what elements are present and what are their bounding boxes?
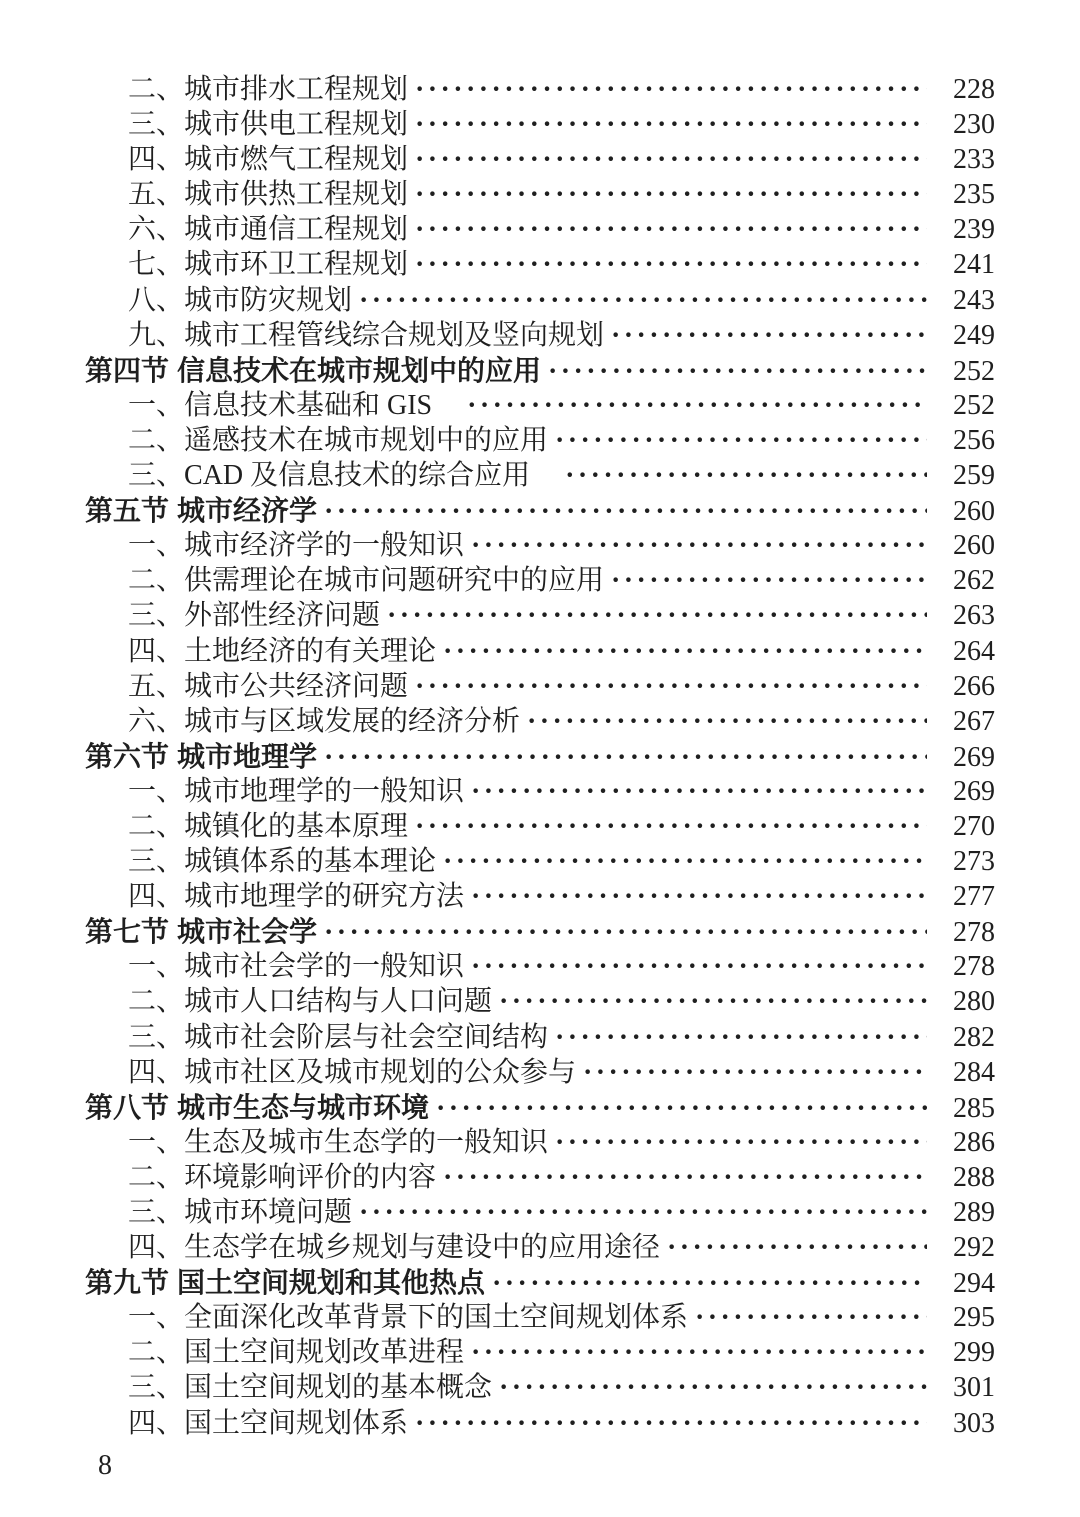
toc-entry-label: 六、	[128, 704, 184, 739]
toc-row: 第四节 信息技术在城市规划中的应用 ······················…	[85, 353, 995, 388]
toc-row: 三、 城市社会阶层与社会空间结构 ·······················…	[85, 1020, 995, 1055]
toc-entry-page: 282	[927, 1020, 995, 1055]
toc-row: 第六节 城市地理学 ······························…	[85, 739, 995, 774]
toc-row: 四、 生态学在城乡规划与建设中的应用途径 ···················…	[85, 1230, 995, 1265]
toc-entry-page: 270	[927, 809, 995, 844]
toc-row: 四、 城市燃气工程规划 ····························…	[85, 142, 995, 177]
dot-leader: ········································…	[436, 634, 927, 669]
book-toc-page: 二、 城市排水工程规划 ····························…	[0, 0, 1080, 1517]
toc-row: 六、 城市与区域发展的经济分析 ························…	[85, 704, 995, 739]
toc-entry-title: 环境影响评价的内容	[184, 1160, 436, 1195]
dot-leader: ········································…	[492, 1370, 927, 1405]
toc-entry-title: 城市公共经济问题	[184, 669, 408, 704]
toc-entry-title: 生态学在城乡规划与建设中的应用途径	[184, 1230, 660, 1265]
dot-leader: ········································…	[408, 1406, 927, 1441]
toc-row: 三、 CAD 及信息技术的综合应用 ······················…	[85, 458, 995, 493]
toc-entry-title: 国土空间规划和其他热点	[177, 1265, 485, 1300]
toc-row: 一、 城市地理学的一般知识 ··························…	[85, 774, 995, 809]
toc-entry-label: 一、	[128, 774, 184, 809]
toc-entry-title: 全面深化改革背景下的国土空间规划体系	[184, 1300, 688, 1335]
toc-entry-title: 遥感技术在城市规划中的应用	[184, 423, 548, 458]
dot-leader: ········································…	[408, 669, 927, 704]
toc-entry-page: 252	[927, 388, 995, 423]
toc-row: 一、 全面深化改革背景下的国土空间规划体系 ··················…	[85, 1300, 995, 1335]
toc-entry-title: 城市社会学	[177, 914, 317, 949]
toc-entry-title: 城市环卫工程规划	[184, 247, 408, 282]
toc-entry-label: 二、	[128, 984, 184, 1019]
toc-entry-label: 一、	[128, 1125, 184, 1160]
toc-row: 六、 城市通信工程规划 ····························…	[85, 212, 995, 247]
dot-leader: ········································…	[464, 774, 927, 809]
toc-entry-page: 239	[927, 212, 995, 247]
toc-entry-page: 230	[927, 107, 995, 142]
toc-entry-title: 城市供热工程规划	[184, 177, 408, 212]
dot-leader: ········································…	[408, 142, 927, 177]
toc-entry-label: 一、	[128, 1300, 184, 1335]
toc-entry-title: 城市人口结构与人口问题	[184, 984, 492, 1019]
toc-entry-page: 269	[927, 774, 995, 809]
toc-entry-title: 土地经济的有关理论	[184, 634, 436, 669]
toc-row: 三、 城市供电工程规划 ····························…	[85, 107, 995, 142]
dot-leader: ········································…	[436, 1160, 927, 1195]
page-footer: 8	[85, 1449, 995, 1483]
toc-entry-page: 303	[927, 1406, 995, 1441]
toc-entry-page: 294	[927, 1266, 995, 1301]
toc-entry-label: 四、	[128, 879, 184, 914]
toc-list: 二、 城市排水工程规划 ····························…	[85, 72, 995, 1441]
toc-entry-title: 城市工程管线综合规划及竖向规划	[184, 318, 604, 353]
dot-leader: ········································…	[660, 1230, 927, 1265]
toc-entry-page: 243	[927, 283, 995, 318]
dot-leader: ········································…	[548, 1020, 927, 1055]
toc-entry-page: 263	[927, 598, 995, 633]
toc-entry-page: 278	[927, 915, 995, 950]
toc-entry-page: 233	[927, 142, 995, 177]
toc-row: 二、 供需理论在城市问题研究中的应用 ·····················…	[85, 563, 995, 598]
toc-entry-title: 城镇化的基本原理	[184, 809, 408, 844]
dot-leader: ········································…	[317, 915, 927, 950]
toc-entry-title: 城市供电工程规划	[184, 107, 408, 142]
toc-entry-title: 国土空间规划的基本概念	[184, 1370, 492, 1405]
toc-entry-page: 273	[927, 844, 995, 879]
toc-entry-page: 241	[927, 247, 995, 282]
toc-entry-page: 301	[927, 1370, 995, 1405]
toc-entry-page: 289	[927, 1195, 995, 1230]
toc-entry-page: 280	[927, 984, 995, 1019]
toc-row: 七、 城市环卫工程规划 ····························…	[85, 247, 995, 282]
dot-leader: ········································…	[520, 704, 927, 739]
dot-leader: ········································…	[408, 809, 927, 844]
dot-leader: ········································…	[541, 354, 927, 389]
toc-row: 五、 城市供热工程规划 ····························…	[85, 177, 995, 212]
toc-entry-page: 269	[927, 740, 995, 775]
toc-entry-title: 城市与区域发展的经济分析	[184, 704, 520, 739]
toc-entry-page: 260	[927, 528, 995, 563]
toc-entry-title: 城市社会学的一般知识	[184, 949, 464, 984]
toc-entry-page: 288	[927, 1160, 995, 1195]
toc-entry-label: 四、	[128, 142, 184, 177]
toc-entry-title: 信息技术基础和 GIS	[184, 388, 460, 423]
toc-row: 九、 城市工程管线综合规划及竖向规划 ·····················…	[85, 318, 995, 353]
toc-row: 二、 城市排水工程规划 ····························…	[85, 72, 995, 107]
dot-leader: ········································…	[352, 283, 927, 318]
dot-leader: ········································…	[688, 1300, 927, 1335]
toc-row: 第五节 城市经济学 ······························…	[85, 493, 995, 528]
dot-leader: ········································…	[408, 247, 927, 282]
toc-entry-title: 城市生态与城市环境	[177, 1090, 429, 1125]
toc-entry-label: 一、	[128, 949, 184, 984]
dot-leader: ········································…	[464, 1335, 927, 1370]
dot-leader: ········································…	[485, 1266, 927, 1301]
toc-row: 四、 国土空间规划体系 ····························…	[85, 1406, 995, 1441]
toc-entry-label: 二、	[128, 1160, 184, 1195]
toc-entry-title: 供需理论在城市问题研究中的应用	[184, 563, 604, 598]
toc-row: 第七节 城市社会学 ······························…	[85, 914, 995, 949]
dot-leader: ········································…	[408, 212, 927, 247]
dot-leader: ········································…	[464, 949, 927, 984]
toc-row: 三、 国土空间规划的基本概念 ·························…	[85, 1370, 995, 1405]
toc-entry-title: 城市通信工程规划	[184, 212, 408, 247]
toc-entry-label: 二、	[128, 563, 184, 598]
toc-entry-page: 260	[927, 494, 995, 529]
dot-leader: ········································…	[436, 844, 927, 879]
toc-row: 一、 城市社会学的一般知识 ··························…	[85, 949, 995, 984]
toc-entry-label: 第四节	[85, 353, 169, 388]
toc-row: 三、 城市环境问题 ······························…	[85, 1195, 995, 1230]
toc-entry-title: 城市地理学	[177, 739, 317, 774]
dot-leader: ········································…	[408, 177, 927, 212]
toc-entry-label: 三、	[128, 107, 184, 142]
toc-entry-page: 278	[927, 949, 995, 984]
dot-leader: ········································…	[604, 563, 927, 598]
toc-entry-label: 四、	[128, 1406, 184, 1441]
toc-entry-page: 252	[927, 354, 995, 389]
toc-entry-title: 城市排水工程规划	[184, 72, 408, 107]
dot-leader: ········································…	[604, 318, 927, 353]
toc-entry-page: 249	[927, 318, 995, 353]
toc-entry-label: 一、	[128, 528, 184, 563]
dot-leader: ········································…	[464, 528, 927, 563]
toc-entry-title: 国土空间规划改革进程	[184, 1335, 464, 1370]
toc-row: 二、 城镇化的基本原理 ····························…	[85, 809, 995, 844]
toc-row: 二、 遥感技术在城市规划中的应用 ·······················…	[85, 423, 995, 458]
toc-entry-title: 外部性经济问题	[184, 598, 380, 633]
toc-entry-label: 三、	[128, 1370, 184, 1405]
toc-entry-title: 城市燃气工程规划	[184, 142, 408, 177]
toc-entry-page: 256	[927, 423, 995, 458]
dot-leader: ········································…	[317, 494, 927, 529]
toc-entry-label: 三、	[128, 458, 184, 493]
toc-row: 第八节 城市生态与城市环境 ··························…	[85, 1090, 995, 1125]
toc-entry-title: 城市经济学	[177, 493, 317, 528]
dot-leader: ········································…	[317, 740, 927, 775]
toc-entry-page: 277	[927, 879, 995, 914]
toc-entry-page: 286	[927, 1125, 995, 1160]
toc-row: 二、 国土空间规划改革进程 ··························…	[85, 1335, 995, 1370]
toc-entry-label: 五、	[128, 177, 184, 212]
toc-entry-page: 292	[927, 1230, 995, 1265]
toc-entry-title: 城市地理学的研究方法	[184, 879, 464, 914]
dot-leader: ········································…	[429, 1091, 927, 1126]
dot-leader: ········································…	[548, 423, 927, 458]
toc-entry-label: 四、	[128, 1055, 184, 1090]
toc-row: 一、 信息技术基础和 GIS ·························…	[85, 388, 995, 423]
toc-entry-title: 城市环境问题	[184, 1195, 352, 1230]
dot-leader: ········································…	[558, 458, 927, 493]
toc-entry-title: 城市经济学的一般知识	[184, 528, 464, 563]
toc-entry-page: 264	[927, 634, 995, 669]
toc-entry-label: 二、	[128, 1335, 184, 1370]
toc-entry-label: 第八节	[85, 1090, 169, 1125]
toc-entry-title: 城市社区及城市规划的公众参与	[184, 1055, 576, 1090]
toc-row: 二、 城市人口结构与人口问题 ·························…	[85, 984, 995, 1019]
toc-entry-title: 城镇体系的基本理论	[184, 844, 436, 879]
dot-leader: ········································…	[576, 1055, 927, 1090]
toc-row: 二、 环境影响评价的内容 ···························…	[85, 1160, 995, 1195]
toc-entry-page: 235	[927, 177, 995, 212]
dot-leader: ········································…	[408, 72, 927, 107]
toc-row: 一、 城市经济学的一般知识 ··························…	[85, 528, 995, 563]
toc-row: 四、 城市社区及城市规划的公众参与 ······················…	[85, 1055, 995, 1090]
toc-entry-label: 九、	[128, 318, 184, 353]
dot-leader: ········································…	[548, 1125, 927, 1160]
toc-entry-label: 一、	[128, 388, 184, 423]
toc-entry-label: 五、	[128, 669, 184, 704]
dot-leader: ········································…	[352, 1195, 927, 1230]
toc-entry-label: 三、	[128, 844, 184, 879]
dot-leader: ········································…	[408, 107, 927, 142]
toc-entry-title: 信息技术在城市规划中的应用	[177, 353, 541, 388]
toc-entry-label: 六、	[128, 212, 184, 247]
toc-entry-label: 第七节	[85, 914, 169, 949]
toc-entry-label: 第五节	[85, 493, 169, 528]
toc-entry-page: 266	[927, 669, 995, 704]
toc-row: 第九节 国土空间规划和其他热点 ························…	[85, 1265, 995, 1300]
dot-leader: ········································…	[464, 879, 927, 914]
page-number: 8	[98, 1450, 112, 1481]
toc-entry-title: 生态及城市生态学的一般知识	[184, 1125, 548, 1160]
toc-entry-label: 第六节	[85, 739, 169, 774]
toc-entry-title: 国土空间规划体系	[184, 1406, 408, 1441]
toc-entry-label: 第九节	[85, 1265, 169, 1300]
toc-row: 八、 城市防灾规划 ······························…	[85, 283, 995, 318]
toc-entry-label: 二、	[128, 423, 184, 458]
toc-entry-label: 三、	[128, 598, 184, 633]
dot-leader: ········································…	[492, 984, 927, 1019]
toc-row: 一、 生态及城市生态学的一般知识 ·······················…	[85, 1125, 995, 1160]
toc-entry-label: 四、	[128, 634, 184, 669]
toc-entry-title: 城市防灾规划	[184, 283, 352, 318]
toc-entry-page: 267	[927, 704, 995, 739]
toc-row: 四、 土地经济的有关理论 ···························…	[85, 634, 995, 669]
toc-entry-label: 三、	[128, 1020, 184, 1055]
toc-entry-title: 城市社会阶层与社会空间结构	[184, 1020, 548, 1055]
toc-row: 五、 城市公共经济问题 ····························…	[85, 669, 995, 704]
toc-row: 三、 城镇体系的基本理论 ···························…	[85, 844, 995, 879]
toc-entry-page: 295	[927, 1300, 995, 1335]
toc-entry-page: 259	[927, 458, 995, 493]
toc-entry-label: 八、	[128, 283, 184, 318]
toc-entry-page: 228	[927, 72, 995, 107]
toc-entry-label: 四、	[128, 1230, 184, 1265]
toc-entry-title: 城市地理学的一般知识	[184, 774, 464, 809]
toc-entry-label: 二、	[128, 809, 184, 844]
toc-entry-page: 284	[927, 1055, 995, 1090]
toc-row: 三、 外部性经济问题 ·····························…	[85, 598, 995, 633]
toc-entry-page: 262	[927, 563, 995, 598]
toc-entry-label: 三、	[128, 1195, 184, 1230]
toc-entry-page: 299	[927, 1335, 995, 1370]
toc-entry-label: 二、	[128, 72, 184, 107]
toc-row: 四、 城市地理学的研究方法 ··························…	[85, 879, 995, 914]
dot-leader: ········································…	[380, 598, 927, 633]
toc-entry-label: 七、	[128, 247, 184, 282]
dot-leader: ········································…	[460, 388, 927, 423]
toc-entry-title: CAD 及信息技术的综合应用	[184, 458, 558, 493]
toc-entry-page: 285	[927, 1091, 995, 1126]
